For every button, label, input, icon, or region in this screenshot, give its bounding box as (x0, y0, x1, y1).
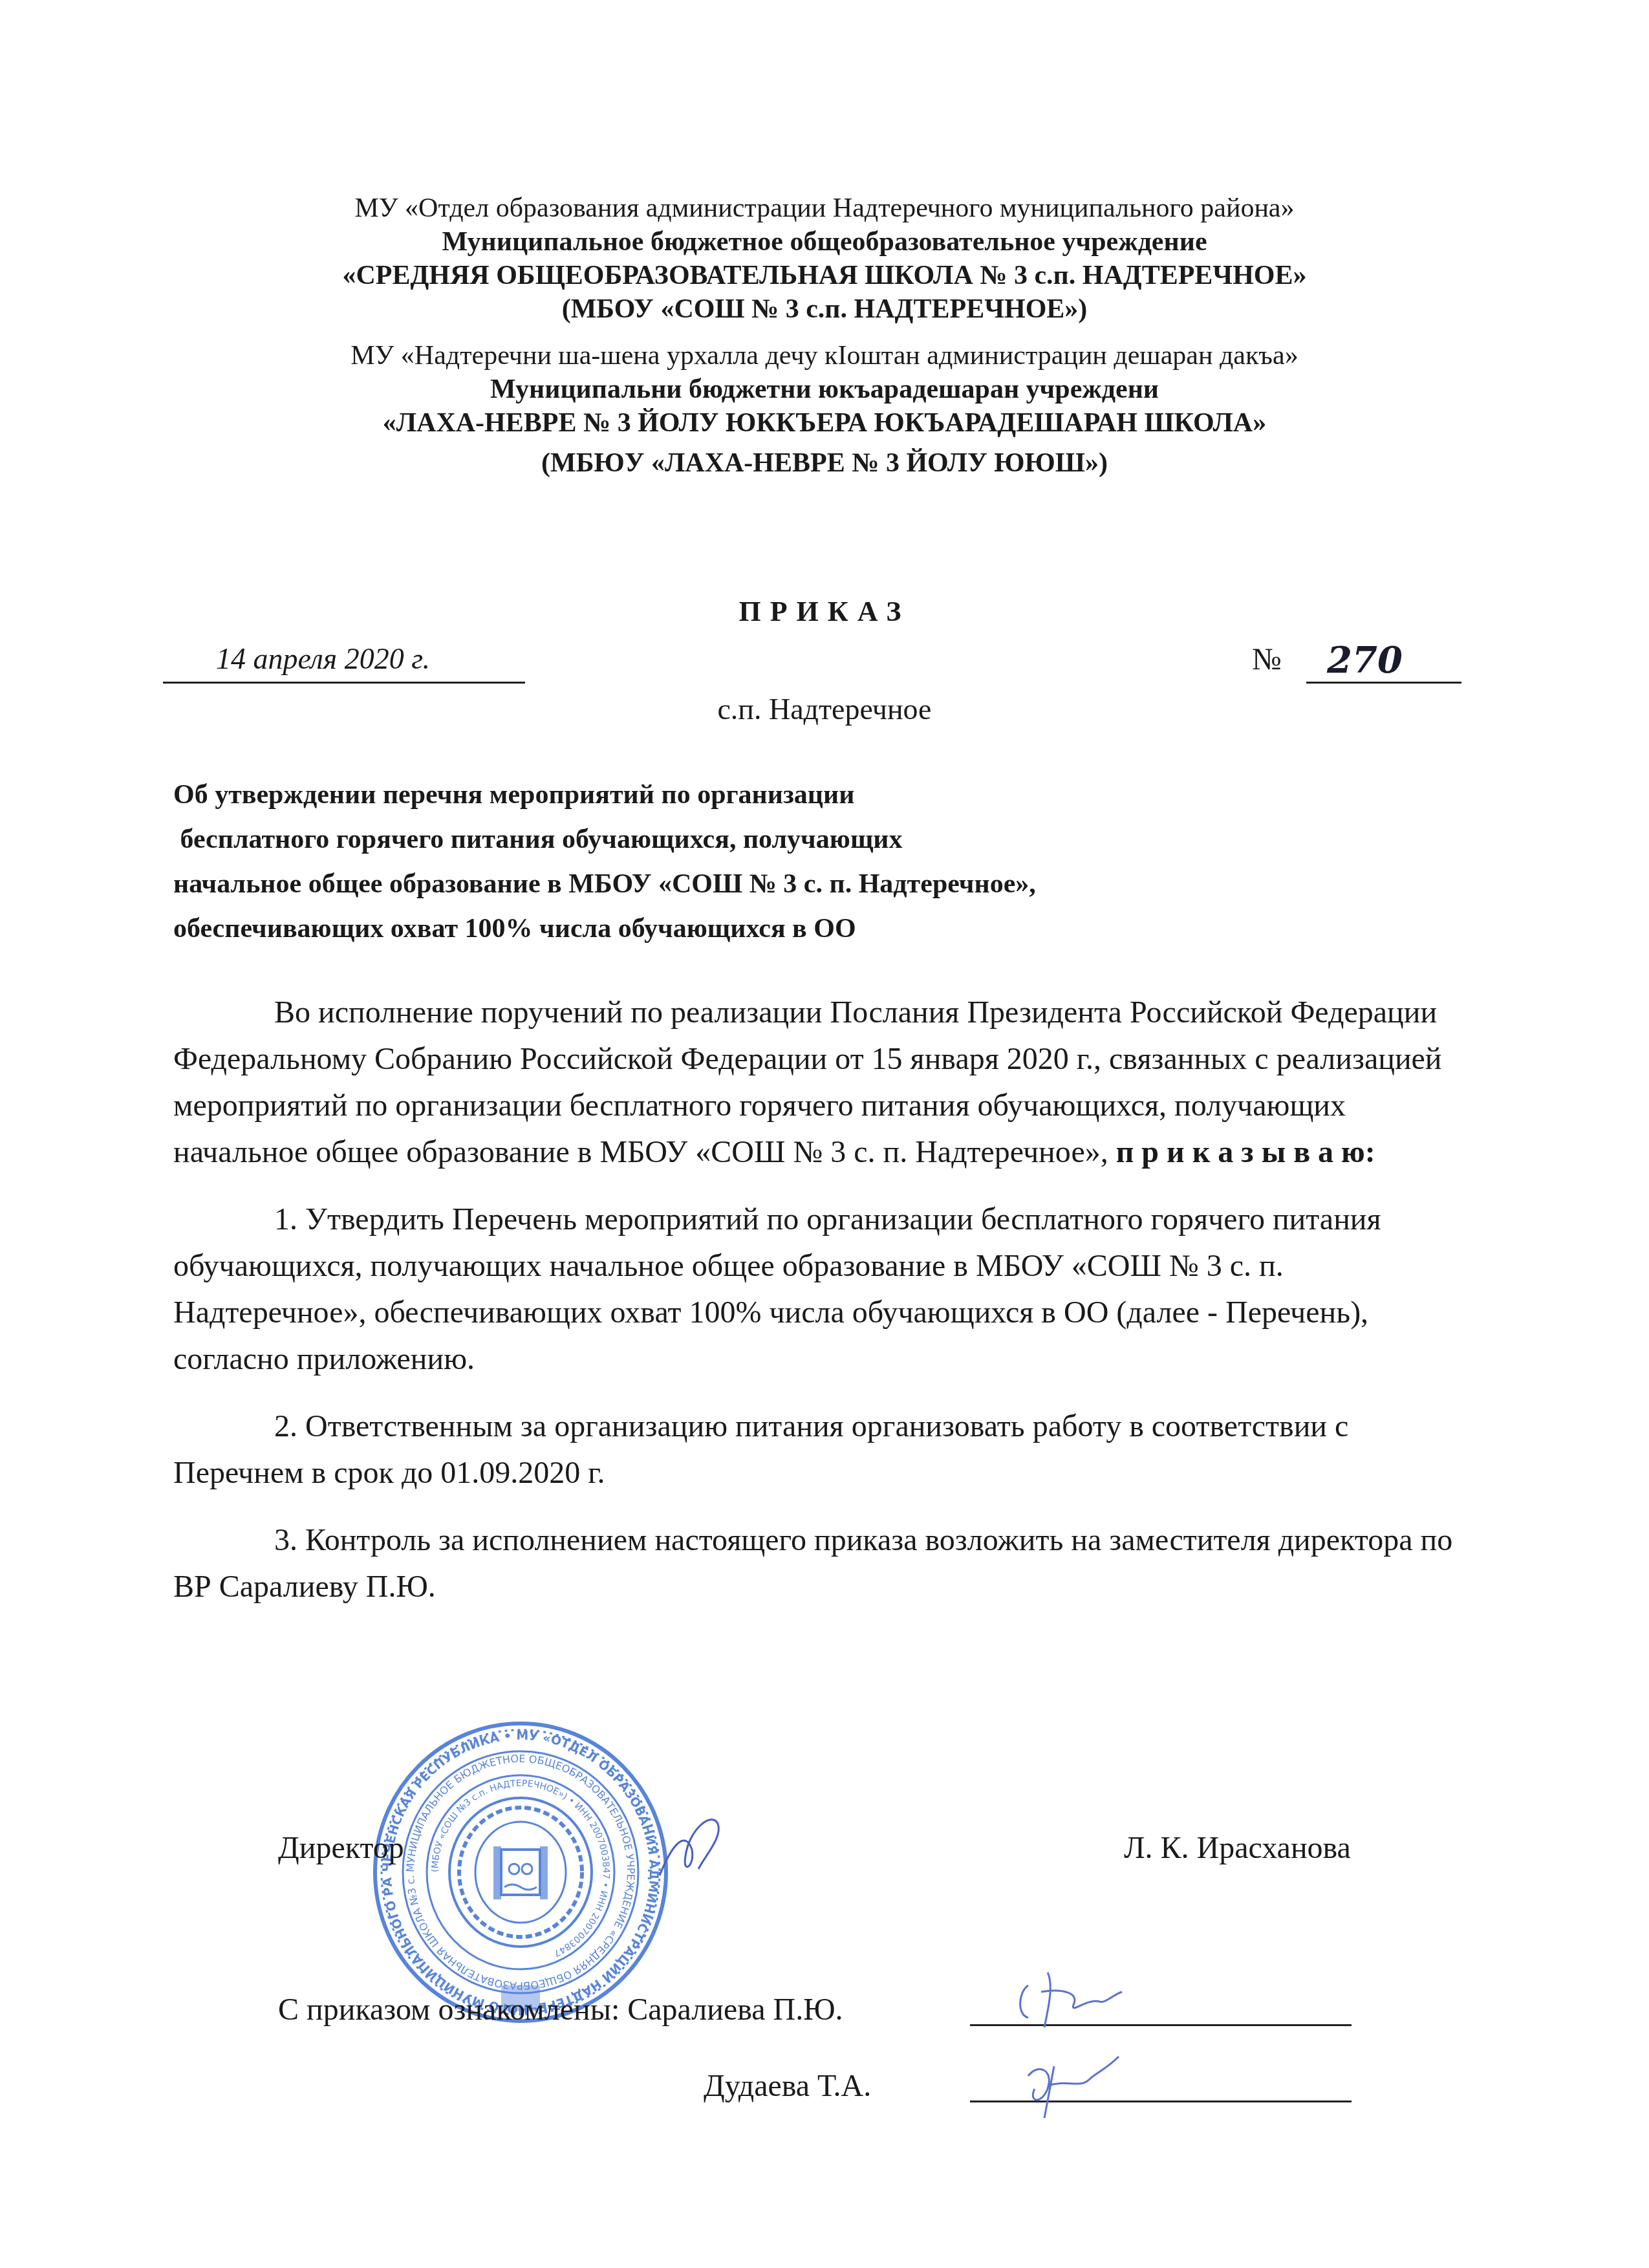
header-ce-org: МУ «Надтеречни ша-шена урхалла дечу кIош… (0, 339, 1649, 373)
header-ru-org: МУ «Отдел образования администрации Надт… (0, 191, 1649, 225)
director-signature-icon (647, 1804, 731, 1888)
order-word: п р и к а з ы в а ю: (1116, 1135, 1375, 1169)
order-date-field: 14 апреля 2020 г. (163, 640, 525, 684)
order-title: ПРИКАЗ (0, 595, 1649, 628)
signature-position: Директор (278, 1830, 404, 1866)
subject-line: бесплатного горячего питания обучающихся… (173, 817, 1036, 862)
header-ru-type: Муниципальное бюджетное общеобразователь… (0, 225, 1649, 259)
dudaeva-signature-icon (1009, 2050, 1138, 2121)
order-number-field: 270 (1306, 640, 1461, 684)
order-item-2: 2. Ответственным за организацию питания … (173, 1403, 1467, 1496)
header-ce-name: «ЛАХА-НЕВРЕ № 3 ЙОЛУ ЮККЪЕРА ЮКЪАРАДЕШАР… (0, 406, 1649, 440)
saralieva-signature-icon (1009, 1966, 1138, 2031)
acknowledgement-row-1: С приказом ознакомлены: Саралиева П.Ю. (278, 1992, 843, 2027)
signature-name: Л. К. Ирасханова (1124, 1830, 1351, 1866)
header-ce-short: (МБЮУ «ЛАХА-НЕВРЕ № 3 ЙОЛУ ЮЮШ») (0, 446, 1649, 480)
subject-line: начальное общее образование в МБОУ «СОШ … (173, 862, 1036, 907)
acknowledgement-label: С приказом ознакомлены: (278, 1993, 620, 2027)
preamble: Во исполнение поручений по реализации По… (173, 989, 1467, 1176)
order-item-1: 1. Утвердить Перечень мероприятий по орг… (173, 1196, 1467, 1383)
official-stamp: ЧЕЧЕНСКАЯ РЕСПУБЛИКА • МУ «ОТДЕЛ ОБРАЗОВ… (372, 1720, 669, 2024)
header-ru-short: (МБОУ «СОШ № 3 с.п. НАДТЕРЕЧНОЕ») (0, 292, 1649, 326)
order-place: с.п. Надтеречное (0, 692, 1649, 726)
header-ce-type: Муниципальни бюджетни юкъарадешаран учре… (0, 373, 1649, 406)
order-item-3: 3. Контроль за исполнением настоящего пр… (173, 1517, 1467, 1610)
subject-line: Об утверждении перечня мероприятий по ор… (173, 773, 1036, 817)
header-ru-name: «СРЕДНЯЯ ОБЩЕОБРАЗОВАТЕЛЬНАЯ ШКОЛА № 3 с… (0, 259, 1649, 292)
order-body: Во исполнение поручений по реализации По… (173, 989, 1467, 1610)
svg-text:(МБОУ «СОШ №3 с.п. НАДТЕРЕЧНОЕ: (МБОУ «СОШ №3 с.п. НАДТЕРЕЧНОЕ») • ИНН 2… (430, 1778, 611, 1958)
order-number-label: № (1252, 642, 1282, 677)
order-number: 270 (1327, 639, 1403, 682)
stamp-seal-icon: ЧЕЧЕНСКАЯ РЕСПУБЛИКА • МУ «ОТДЕЛ ОБРАЗОВ… (372, 1720, 669, 2024)
acknowledged-person: Дудаева Т.А. (704, 2068, 871, 2104)
subject-line: обеспечивающих охват 100% числа обучающи… (173, 907, 1036, 951)
order-subject: Об утверждении перечня мероприятий по ор… (173, 773, 1036, 951)
order-date: 14 апреля 2020 г. (216, 642, 430, 676)
acknowledged-person: Саралиева П.Ю. (627, 1993, 843, 2027)
